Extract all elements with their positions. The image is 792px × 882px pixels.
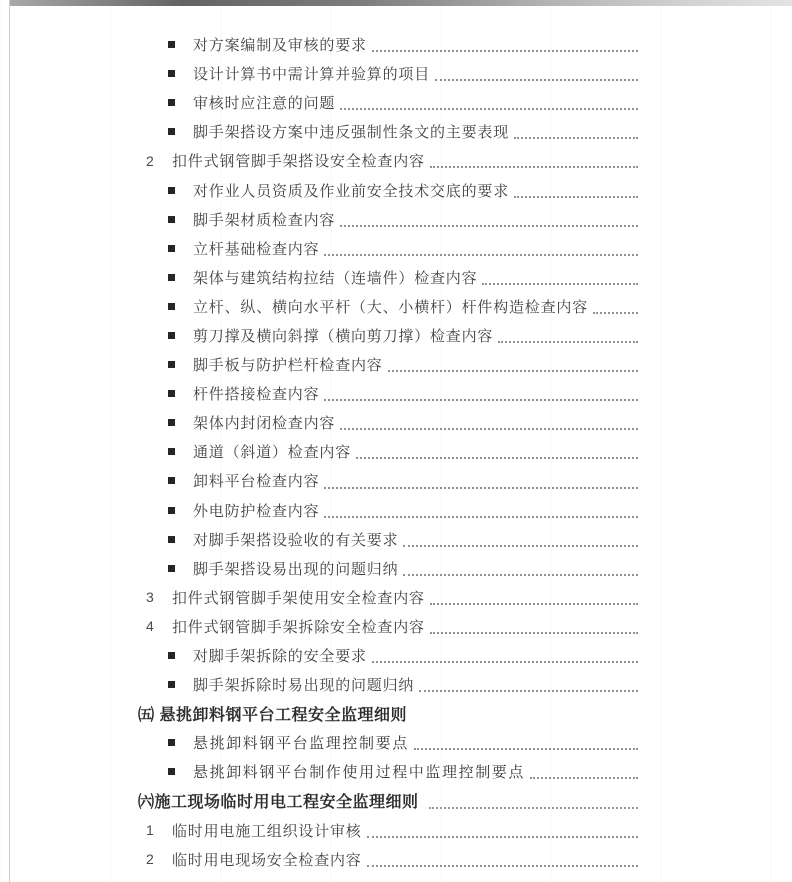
bullet-square-icon [168,70,175,77]
dot-leader [430,632,638,634]
bullet-square-icon [168,507,175,514]
toc-item: 立杆、纵、横向水平杆（大、小横杆）杆件构造检查内容 [168,292,640,321]
toc-item-label: 立杆、纵、横向水平杆（大、小横杆）杆件构造检查内容 [193,296,588,317]
dot-leader [514,196,638,198]
toc-item-label: 脚手板与防护栏杆检查内容 [193,354,383,375]
toc-item-label: 扣件式钢管脚手架搭设安全检查内容 [172,150,425,171]
dot-leader [388,370,638,372]
dot-leader [340,108,638,110]
dot-leader [403,545,638,547]
toc-item-label: 对作业人员资质及作业前安全技术交底的要求 [193,180,509,201]
toc-item: 对方案编制及审核的要求 [168,30,640,59]
toc-item-number: 2 [146,851,172,867]
toc-item: 脚手架材质检查内容 [168,205,640,234]
dot-leader [356,457,638,459]
bullet-square-icon [168,187,175,194]
toc-item-label: 临时用电现场安全检查内容 [172,849,362,870]
bullet-square-icon [168,768,175,775]
toc-item: 卸料平台检查内容 [168,466,640,495]
bullet-square-icon [168,41,175,48]
toc-item-number: 4 [146,618,172,634]
toc-item: 2 临时用电现场安全检查内容 [146,845,640,874]
bullet-square-icon [168,332,175,339]
dot-leader [419,690,638,692]
toc-item-label: 对方案编制及审核的要求 [193,34,367,55]
toc-item-label: 架体内封闭检查内容 [193,412,335,433]
bullet-square-icon [168,274,175,281]
toc-item: 对作业人员资质及作业前安全技术交底的要求 [168,175,640,204]
dot-leader [324,254,638,256]
dot-leader [340,428,638,430]
toc-item: 对脚手架搭设验收的有关要求 [168,525,640,554]
dot-leader [340,225,638,227]
dot-leader [414,748,638,750]
toc-item: 对脚手架拆除的安全要求 [168,641,640,670]
toc-item: 4 扣件式钢管脚手架拆除安全检查内容 [146,612,640,641]
dot-leader [530,777,638,779]
toc-item: 外电防护检查内容 [168,496,640,525]
dot-leader [324,516,638,518]
toc-item-label: 脚手架搭设易出现的问题归纳 [193,558,398,579]
toc-item: 悬挑卸料钢平台监理控制要点 [168,728,640,757]
toc-item-label: 悬挑卸料钢平台制作使用过程中监理控制要点 [193,761,525,782]
toc-item-label: 架体与建筑结构拉结（连墙件）检查内容 [193,267,477,288]
dot-leader [367,865,638,867]
toc-item-label: 临时用电施工组织设计审核 [172,820,362,841]
bullet-square-icon [168,739,175,746]
toc-item-label: 外电防护检查内容 [193,500,319,521]
toc-item: 脚手板与防护栏杆检查内容 [168,350,640,379]
toc-item: 杆件搭接检查内容 [168,379,640,408]
bullet-square-icon [168,390,175,397]
toc-item-label: 对脚手架搭设验收的有关要求 [193,529,398,550]
bullet-square-icon [168,681,175,688]
dot-leader [367,836,638,838]
bullet-square-icon [168,128,175,135]
toc-item: 脚手架搭设方案中违反强制性条文的主要表现 [168,117,640,146]
toc-item: 脚手架拆除时易出现的问题归纳 [168,670,640,699]
bullet-square-icon [168,99,175,106]
toc-item: 设计计算书中需计算并验算的项目 [168,59,640,88]
toc-item: 通道（斜道）检查内容 [168,437,640,466]
dot-leader [403,574,638,576]
toc-item-label: 设计计算书中需计算并验算的项目 [193,63,430,84]
dot-leader [429,807,638,809]
bullet-square-icon [168,477,175,484]
dot-leader [514,137,638,139]
toc-item: 悬挑卸料钢平台制作使用过程中监理控制要点 [168,757,640,786]
bullet-square-icon [168,652,175,659]
toc-item-label: 审核时应注意的问题 [193,92,335,113]
toc-item-label: 悬挑卸料钢平台监理控制要点 [193,732,409,753]
bullet-square-icon [168,565,175,572]
toc-item-number: 3 [146,589,172,605]
bullet-square-icon [168,303,175,310]
bullet-square-icon [168,361,175,368]
dot-leader [430,603,638,605]
toc-item: 审核时应注意的问题 [168,88,640,117]
bullet-square-icon [168,536,175,543]
toc-item: ㈤ 悬挑卸料钢平台工程安全监理细则 [138,699,640,728]
dot-leader [482,283,638,285]
dot-leader [372,661,638,663]
toc-item: 架体与建筑结构拉结（连墙件）检查内容 [168,263,640,292]
toc-item: ㈥施工现场临时用电工程安全监理细则 [138,786,640,815]
toc-item-label: 立杆基础检查内容 [193,238,319,259]
table-of-contents: 对方案编制及审核的要求 设计计算书中需计算并验算的项目 审核时应注意的问题 脚手… [0,0,640,874]
toc-item-label: 扣件式钢管脚手架使用安全检查内容 [172,587,425,608]
toc-item-label: ㈥施工现场临时用电工程安全监理细则 [138,789,419,812]
dot-leader [435,79,638,81]
toc-item-label: 脚手架材质检查内容 [193,209,335,230]
dot-leader [324,487,638,489]
bullet-square-icon [168,448,175,455]
dot-leader [324,399,638,401]
toc-item: 架体内封闭检查内容 [168,408,640,437]
toc-item-label: 扣件式钢管脚手架拆除安全检查内容 [172,616,425,637]
toc-item-label: 通道（斜道）检查内容 [193,441,351,462]
toc-item-number: 2 [146,153,172,169]
bullet-square-icon [168,216,175,223]
dot-leader [372,50,638,52]
toc-item: 脚手架搭设易出现的问题归纳 [168,554,640,583]
toc-item-label: ㈤ 悬挑卸料钢平台工程安全监理细则 [138,702,407,725]
bullet-square-icon [168,419,175,426]
toc-item-label: 脚手架搭设方案中违反强制性条文的主要表现 [193,121,509,142]
bullet-square-icon [168,245,175,252]
dot-leader [593,312,638,314]
toc-item-label: 卸料平台检查内容 [193,470,319,491]
toc-item: 2 扣件式钢管脚手架搭设安全检查内容 [146,146,640,175]
toc-item: 1 临时用电施工组织设计审核 [146,816,640,845]
toc-item-label: 杆件搭接检查内容 [193,383,319,404]
dot-leader [430,166,638,168]
dot-leader [498,341,638,343]
toc-item: 剪刀撑及横向斜撑（横向剪刀撑）检查内容 [168,321,640,350]
toc-item: 3 扣件式钢管脚手架使用安全检查内容 [146,583,640,612]
toc-item-label: 剪刀撑及横向斜撑（横向剪刀撑）检查内容 [193,325,493,346]
toc-item-label: 脚手架拆除时易出现的问题归纳 [193,674,414,695]
toc-item: 立杆基础检查内容 [168,234,640,263]
toc-item-label: 对脚手架拆除的安全要求 [193,645,367,666]
toc-item-number: 1 [146,822,172,838]
